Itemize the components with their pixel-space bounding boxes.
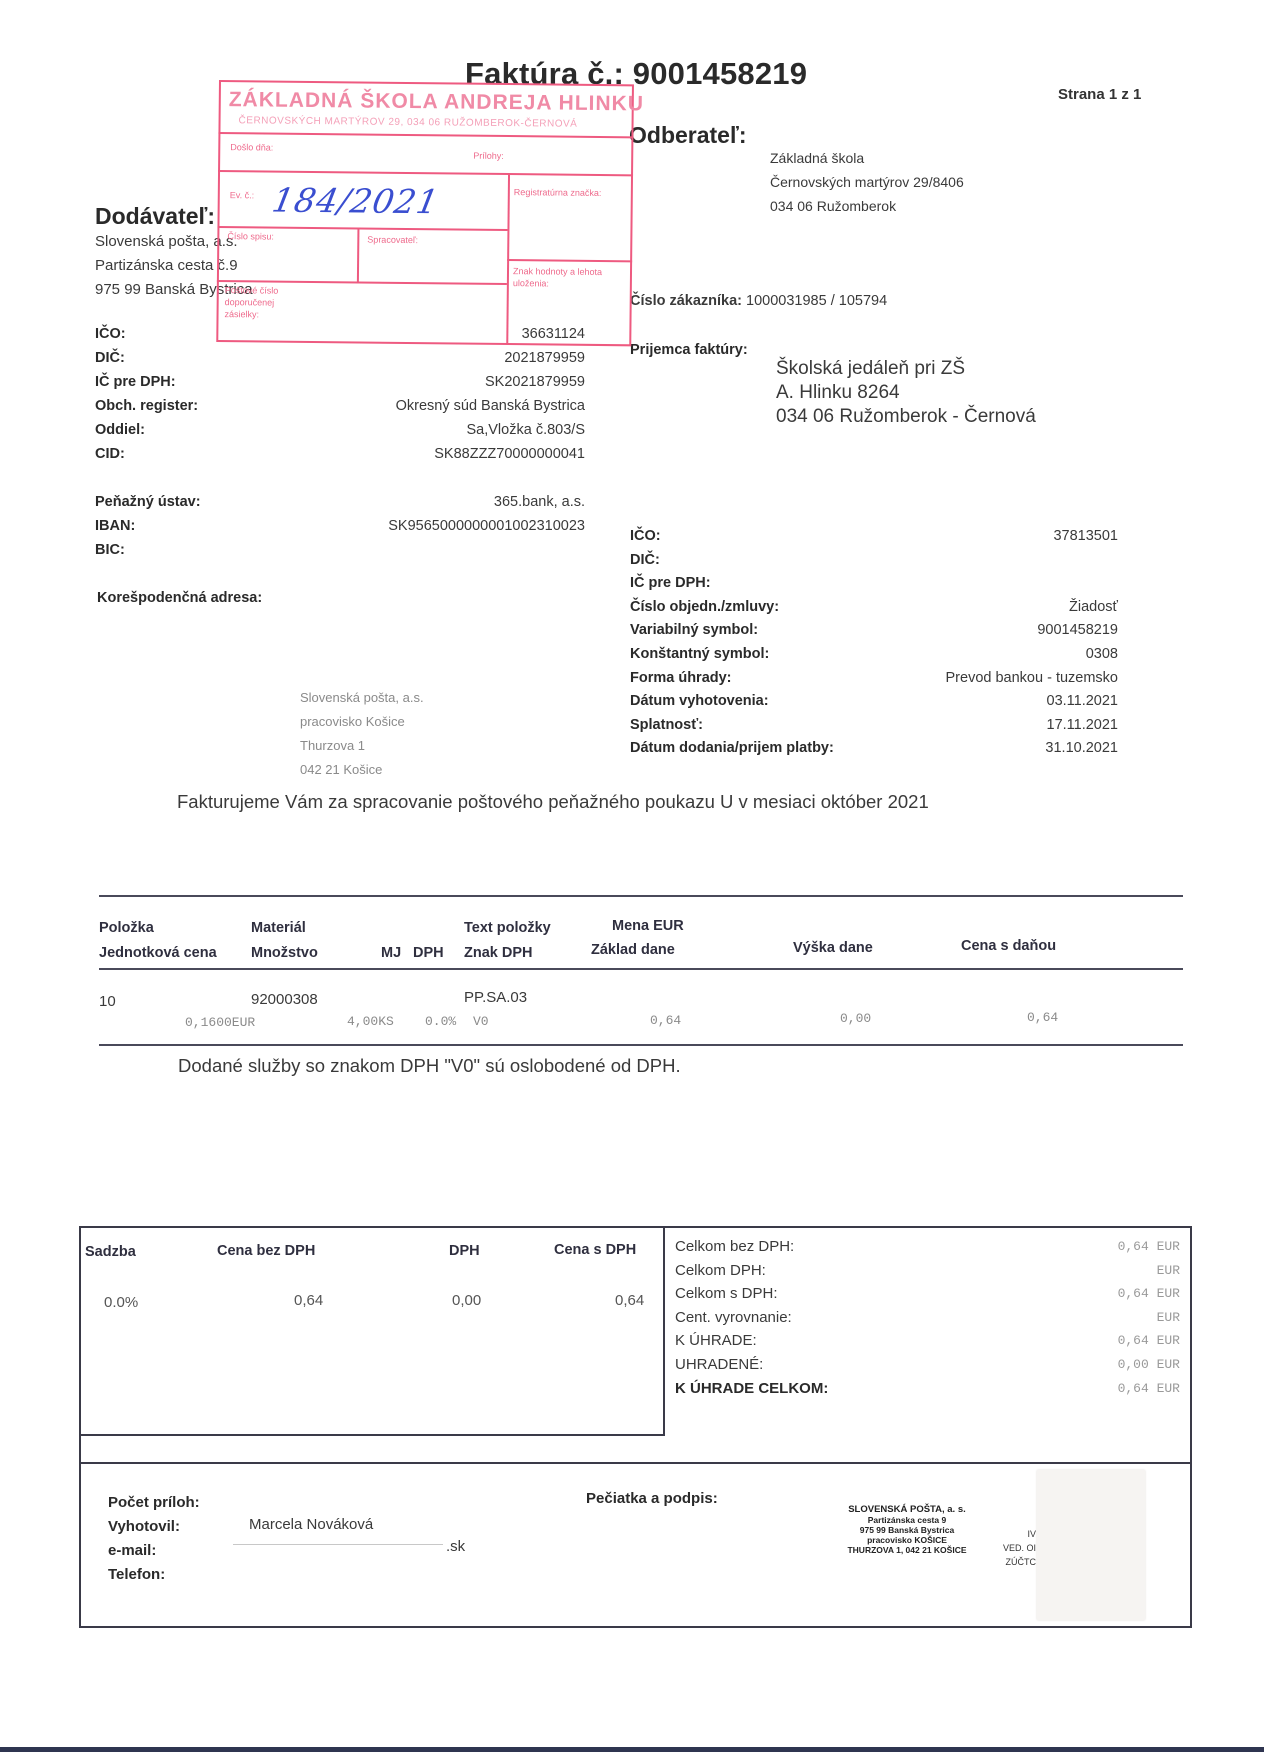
invoice-detail-value: 9001458219 <box>1037 622 1118 638</box>
company-stamp: SLOVENSKÁ POŠTA, a. s. Partizánska cesta… <box>832 1505 982 1555</box>
recipient-address-line: A. Hlinku 8264 <box>776 381 1036 405</box>
page-indicator: Strana 1 z 1 <box>1058 86 1141 103</box>
vat-cell-vat: 0,00 <box>452 1292 481 1309</box>
correspondence-line: Thurzova 1 <box>300 734 424 758</box>
partial-stamp: IV VED. OI ZÚČTC <box>996 1527 1036 1569</box>
col-header-item: Položka <box>99 920 154 936</box>
stamp-field-attachments: Prílohy: <box>473 151 504 161</box>
bank-detail-label: Peňažný ústav: <box>95 494 201 510</box>
redaction-patch <box>1037 1470 1145 1620</box>
stamp-field-retention: Znak hodnoty a lehota uloženia: <box>513 265 613 290</box>
supplier-identifiers: IČO:36631124DIČ:2021879959IČ pre DPH:SK2… <box>95 326 585 470</box>
vat-exemption-note: Dodané služby so znakom DPH "V0" sú oslo… <box>178 1055 681 1077</box>
bank-detail-value: SK9565000000001002310023 <box>388 518 585 534</box>
customer-address-line: Základná škola <box>770 146 964 170</box>
issued-by-label: Vyhotovil: <box>108 1518 180 1535</box>
stamp-field-reg-mark: Registratúrna značka: <box>514 187 630 198</box>
total-label: Celkom s DPH: <box>675 1285 778 1302</box>
cell-vat-code: V0 <box>473 1014 489 1029</box>
bank-detail-label: IBAN: <box>95 518 135 534</box>
total-label: K ÚHRADE: <box>675 1332 757 1349</box>
total-label: Celkom DPH: <box>675 1262 766 1279</box>
col-header-price-with-tax: Cena s daňou <box>961 938 1056 954</box>
vat-cell-rate: 0.0% <box>104 1294 138 1311</box>
vat-cell-net: 0,64 <box>294 1292 323 1309</box>
invoice-detail-label: Variabilný symbol: <box>630 622 758 638</box>
scan-edge <box>0 1747 1264 1752</box>
invoice-detail-value: 17.11.2021 <box>1047 717 1119 733</box>
handwritten-reg-number: 184/2021 <box>269 181 442 222</box>
vat-cell-gross: 0,64 <box>615 1292 644 1309</box>
invoice-detail-value: 0308 <box>1086 646 1118 662</box>
stamp-field-file-no: Číslo spisu: <box>227 231 274 241</box>
invoice-description: Fakturujeme Vám za spracovanie poštového… <box>177 791 929 813</box>
invoice-detail-label: Dátum vyhotovenia: <box>630 693 769 709</box>
customer-address: Základná škola Černovských martýrov 29/8… <box>770 146 964 218</box>
attachments-count-label: Počet príloh: <box>108 1494 200 1511</box>
registration-stamp: ZÁKLADNÁ ŠKOLA ANDREJA HLINKU ČERNOVSKÝC… <box>216 80 634 346</box>
vat-col-vat: DPH <box>449 1243 480 1259</box>
customer-number-label: Číslo zákazníka: <box>630 293 742 309</box>
cell-tax-amount: 0,00 <box>840 1011 871 1026</box>
stamp-school-name: ZÁKLADNÁ ŠKOLA ANDREJA HLINKU <box>229 88 644 116</box>
recipient-address-line: 034 06 Ružomberok - Černová <box>776 405 1036 429</box>
invoice-detail-label: IČO: <box>630 528 661 544</box>
supplier-id-label: Oddiel: <box>95 422 145 438</box>
table-header-rule <box>99 968 1183 970</box>
col-header-material: Materiál <box>251 920 306 936</box>
total-value: 0,64 EUR <box>1118 1381 1180 1396</box>
invoice-detail-label: Splatnosť: <box>630 717 703 733</box>
table-bottom-rule <box>99 1044 1183 1046</box>
total-label: Cent. vyrovnanie: <box>675 1309 792 1326</box>
total-value: 0,64 EUR <box>1118 1333 1180 1348</box>
cell-price-with-tax: 0,64 <box>1027 1010 1058 1025</box>
total-label: Celkom bez DPH: <box>675 1238 794 1255</box>
bank-detail-label: BIC: <box>95 542 125 558</box>
cell-material: 92000308 <box>251 991 318 1008</box>
supplier-id-value: Okresný súd Banská Bystrica <box>396 398 585 414</box>
table-top-rule <box>99 895 1183 897</box>
cell-tax-base: 0,64 <box>650 1013 681 1028</box>
stamp-field-received: Došlo dňa: <box>230 142 273 152</box>
vat-col-gross: Cena s DPH <box>554 1242 636 1258</box>
bank-detail-value: 365.bank, a.s. <box>494 494 585 510</box>
correspondence-line: Slovenská pošta, a.s. <box>300 686 424 710</box>
col-header-currency: Mena EUR <box>612 918 684 934</box>
email-value: .sk <box>446 1538 465 1555</box>
col-header-unit: MJ <box>381 945 401 961</box>
partial-stamp-line: VED. OI <box>996 1541 1036 1555</box>
invoice-detail-label: Forma úhrady: <box>630 670 732 686</box>
col-header-unit-price: Jednotková cena <box>99 945 217 961</box>
invoice-detail-label: Dátum dodania/prijem platby: <box>630 740 834 756</box>
partial-stamp-line: IV <box>996 1527 1036 1541</box>
total-value: 0,64 EUR <box>1118 1239 1180 1254</box>
supplier-id-label: DIČ: <box>95 350 125 366</box>
total-label: UHRADENÉ: <box>675 1356 763 1373</box>
total-value: 0,00 EUR <box>1118 1357 1180 1372</box>
total-value: 0,64 EUR <box>1118 1286 1180 1301</box>
correspondence-line: 042 21 Košice <box>300 758 424 782</box>
supplier-id-value: SK2021879959 <box>485 374 585 390</box>
customer-number: Číslo zákazníka: 1000031985 / 105794 <box>630 293 887 309</box>
col-header-tax-amount: Výška dane <box>793 940 873 956</box>
company-stamp-line: SLOVENSKÁ POŠTA, a. s. <box>832 1505 982 1515</box>
company-stamp-line: THURZOVA 1, 042 21 KOŠICE <box>832 1545 982 1555</box>
col-header-tax-base: Základ dane <box>591 942 675 958</box>
supplier-id-value: Sa,Vložka č.803/S <box>467 422 586 438</box>
supplier-bank-details: Peňažný ústav:365.bank, a.s.IBAN:SK95650… <box>95 494 585 566</box>
email-redaction <box>233 1544 443 1545</box>
vat-col-rate: Sadzba <box>85 1244 136 1260</box>
invoice-detail-label: IČ pre DPH: <box>630 575 711 591</box>
correspondence-address: Slovenská pošta, a.s. pracovisko Košice … <box>300 686 424 782</box>
cell-item-text: PP.SA.03 <box>464 989 527 1006</box>
footer-divider <box>79 1462 1192 1464</box>
col-header-vat-code: Znak DPH <box>464 945 533 961</box>
stamp-signature-label: Pečiatka a podpis: <box>586 1490 718 1507</box>
company-stamp-line: 975 99 Banská Bystrica <box>832 1525 982 1535</box>
invoice-detail-value: 03.11.2021 <box>1047 693 1119 709</box>
partial-stamp-line: ZÚČTC <box>996 1555 1036 1569</box>
stamp-field-reg-no: Ev. č.: <box>230 190 254 200</box>
vat-summary-table: Sadzba Cena bez DPH DPH Cena s DPH 0.0% … <box>79 1226 665 1436</box>
total-label: K ÚHRADE CELKOM: <box>675 1380 828 1397</box>
invoice-detail-value: Prevod bankou - tuzemsko <box>946 670 1118 686</box>
email-label: e-mail: <box>108 1542 156 1559</box>
col-header-quantity: Množstvo <box>251 945 318 961</box>
supplier-id-value: 2021879959 <box>504 350 585 366</box>
customer-address-line: Černovských martýrov 29/8406 <box>770 170 964 194</box>
customer-heading: Odberateľ: <box>629 122 747 149</box>
customer-number-value: 1000031985 / 105794 <box>746 293 887 309</box>
total-value: EUR <box>1157 1310 1180 1325</box>
supplier-id-label: CID: <box>95 446 125 462</box>
recipient-label: Prijemca faktúry: <box>630 342 748 358</box>
recipient-address: Školská jedáleň pri ZŠ A. Hlinku 8264 03… <box>776 357 1036 429</box>
cell-item: 10 <box>99 993 116 1010</box>
stamp-field-postal-no: Poštové číslo doporučenej zásielky: <box>224 284 309 321</box>
phone-label: Telefon: <box>108 1566 165 1583</box>
vat-col-net: Cena bez DPH <box>217 1243 315 1259</box>
recipient-address-line: Školská jedáleň pri ZŠ <box>776 357 1036 381</box>
total-value: EUR <box>1157 1263 1180 1278</box>
col-header-vat: DPH <box>413 945 444 961</box>
invoice-detail-value: Žiadosť <box>1069 599 1118 615</box>
correspondence-line: pracovisko Košice <box>300 710 424 734</box>
invoice-detail-label: DIČ: <box>630 552 660 568</box>
col-header-item-text: Text položky <box>464 920 551 936</box>
invoice-detail-label: Číslo objedn./zmluvy: <box>630 599 779 615</box>
company-stamp-line: pracovisko KOŠICE <box>832 1535 982 1545</box>
invoice-detail-value: 31.10.2021 <box>1045 740 1118 756</box>
cell-quantity: 4,00KS <box>347 1014 394 1029</box>
cell-unit-price: 0,1600EUR <box>185 1015 255 1030</box>
supplier-id-label: IČ pre DPH: <box>95 374 176 390</box>
invoice-detail-value: 37813501 <box>1053 528 1118 544</box>
company-stamp-line: Partizánska cesta 9 <box>832 1515 982 1525</box>
supplier-id-value: SK88ZZZ70000000041 <box>434 446 585 462</box>
correspondence-address-label: Korešpodenčná adresa: <box>97 590 262 606</box>
customer-address-line: 034 06 Ružomberok <box>770 194 964 218</box>
cell-vat-rate: 0.0% <box>425 1014 456 1029</box>
issued-by-value: Marcela Nováková <box>249 1516 373 1533</box>
invoice-details: IČO:37813501DIČ:IČ pre DPH:Číslo objedn.… <box>630 528 1118 768</box>
supplier-id-label: IČO: <box>95 326 126 342</box>
invoice-detail-label: Konštantný symbol: <box>630 646 769 662</box>
supplier-heading: Dodávateľ: <box>95 203 215 230</box>
stamp-field-handler: Spracovateľ: <box>367 235 418 246</box>
supplier-id-label: Obch. register: <box>95 398 198 414</box>
